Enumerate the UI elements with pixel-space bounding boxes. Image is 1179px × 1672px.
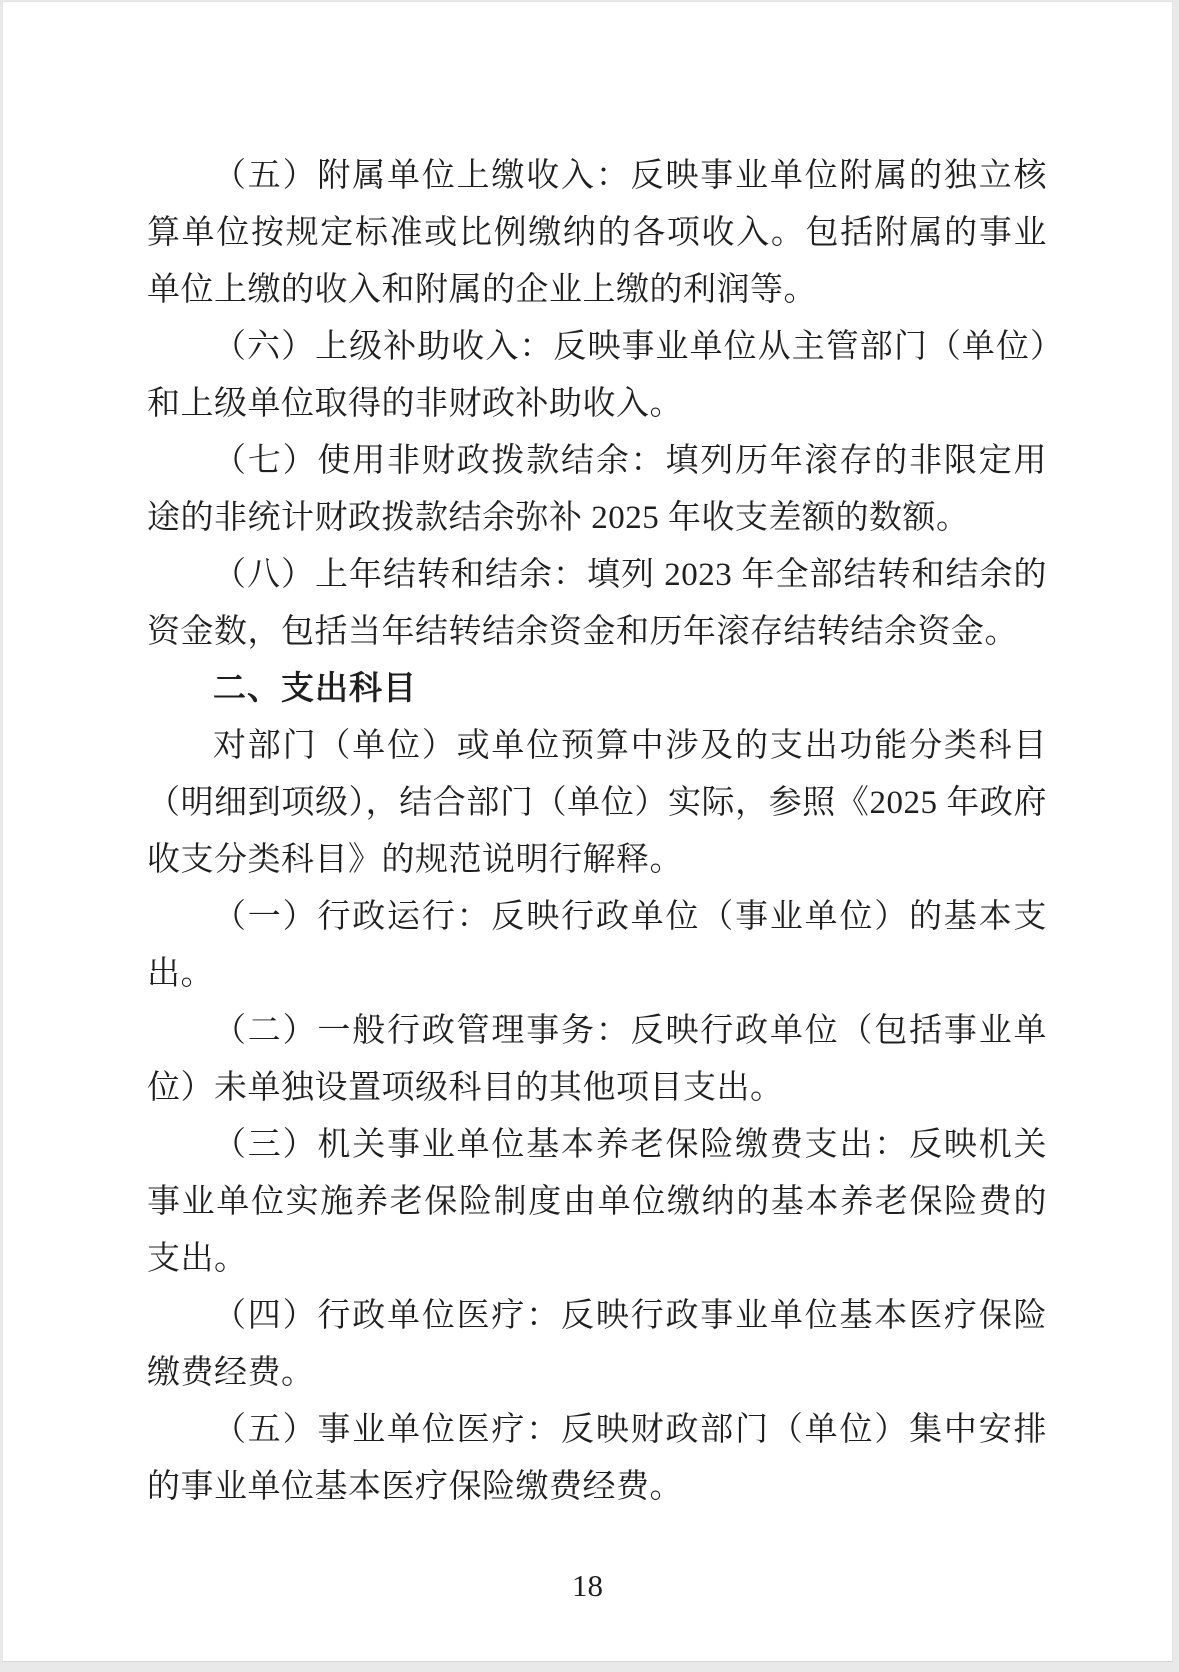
para-expenditure-intro: 对部门（单位）或单位预算中涉及的支出功能分类科目（明细到项级），结合部门（单位）…: [147, 718, 1047, 889]
heading-expenditure-subjects: 二、支出科目: [147, 661, 1047, 718]
para-exp-pension-contribution: （三）机关事业单位基本养老保险缴费支出：反映机关事业单位实施养老保险制度由单位缴…: [147, 1117, 1047, 1288]
para-income-affiliated-unit-remittance: （五）附属单位上缴收入：反映事业单位附属的独立核算单位按规定标准或比例缴纳的各项…: [147, 148, 1047, 319]
document-body: （五）附属单位上缴收入：反映事业单位附属的独立核算单位按规定标准或比例缴纳的各项…: [147, 148, 1047, 1516]
para-exp-admin-unit-medical: （四）行政单位医疗：反映行政事业单位基本医疗保险缴费经费。: [147, 1288, 1047, 1402]
para-income-nonfiscal-carryover: （七）使用非财政拨款结余：填列历年滚存的非限定用途的非统计财政拨款结余弥补 20…: [147, 433, 1047, 547]
page-number: 18: [3, 1568, 1172, 1604]
para-exp-admin-operation: （一）行政运行：反映行政单位（事业单位）的基本支出。: [147, 889, 1047, 1003]
para-income-superior-subsidy: （六）上级补助收入：反映事业单位从主管部门（单位）和上级单位取得的非财政补助收入…: [147, 319, 1047, 433]
para-income-prev-year-balance: （八）上年结转和结余：填列 2023 年全部结转和结余的资金数，包括当年结转结余…: [147, 547, 1047, 661]
para-exp-general-admin-affairs: （二）一般行政管理事务：反映行政单位（包括事业单位）未单独设置项级科目的其他项目…: [147, 1003, 1047, 1117]
document-page: （五）附属单位上缴收入：反映事业单位附属的独立核算单位按规定标准或比例缴纳的各项…: [2, 1, 1173, 1662]
document-viewport: （五）附属单位上缴收入：反映事业单位附属的独立核算单位按规定标准或比例缴纳的各项…: [0, 0, 1179, 1672]
para-exp-institution-medical: （五）事业单位医疗：反映财政部门（单位）集中安排的事业单位基本医疗保险缴费经费。: [147, 1402, 1047, 1516]
